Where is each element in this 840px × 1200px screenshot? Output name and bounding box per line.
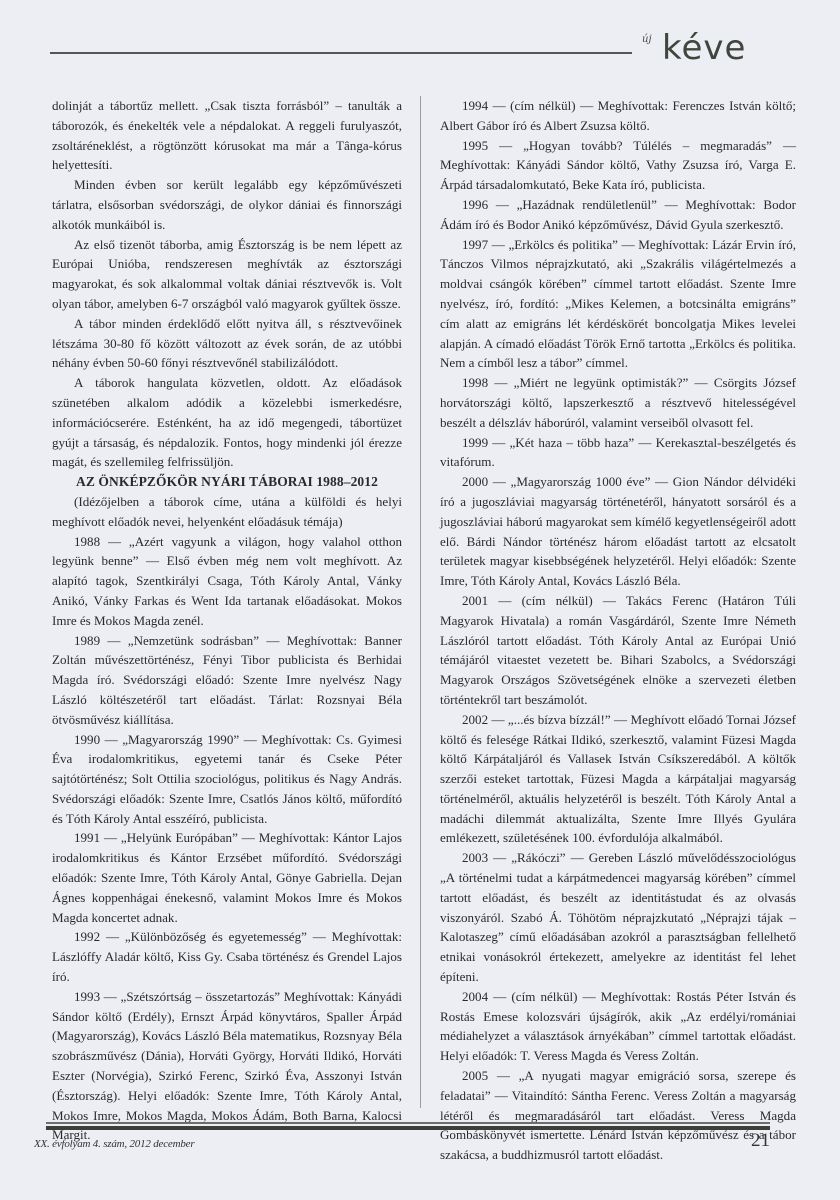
- camp-entry: 1997 — „Erkölcs és politika” — Meghívott…: [440, 235, 796, 374]
- section-title: AZ ÖNKÉPZŐKÖR NYÁRI TÁBORAI 1988–2012: [52, 472, 402, 492]
- paragraph: A tábor minden érdeklődő előtt nyitva ál…: [52, 314, 402, 373]
- column-divider: [420, 96, 421, 1108]
- camp-entry: 1989 — „Nemzetünk sodrásban” — Meghívott…: [52, 631, 402, 730]
- page-number: 21: [736, 1130, 770, 1152]
- camp-entry: 2003 — „Rákóczi” — Gereben László művelő…: [440, 848, 796, 987]
- camp-entry: 1996 — „Hazádnak rendületlenül” — Meghív…: [440, 195, 796, 235]
- camp-entry: 1995 — „Hogyan tovább? Túlélés – megmara…: [440, 136, 796, 195]
- camp-entry: 2001 — (cím nélkül) — Takács Ferenc (Hat…: [440, 591, 796, 710]
- right-column: 1994 — (cím nélkül) — Meghívottak: Feren…: [440, 96, 796, 1165]
- footer-rule: [46, 1122, 770, 1124]
- camp-entry: 1991 — „Helyünk Európában” — Meghívottak…: [52, 828, 402, 927]
- left-column: dolinját a tábortűz mellett. „Csak tiszt…: [52, 96, 402, 1145]
- camp-entry: 1994 — (cím nélkül) — Meghívottak: Feren…: [440, 96, 796, 136]
- camp-entry: 2002 — „...és bízva bízzál!” — Meghívott…: [440, 710, 796, 849]
- issue-info: XX. évfolyam 4. szám, 2012 december: [34, 1138, 194, 1150]
- camp-entry: 1998 — „Miért ne legyünk optimisták?” — …: [440, 373, 796, 432]
- paragraph: Az első tizenöt táborba, amig Észtország…: [52, 235, 402, 314]
- camp-entry: 1992 — „Különbözőség és egyetemesség” — …: [52, 927, 402, 986]
- logo-title: kéve: [662, 28, 746, 68]
- section-intro: (Idézőjelben a táborok címe, utána a kül…: [52, 492, 402, 532]
- footer-rule-thick: [46, 1126, 770, 1130]
- camp-entry: 1988 — „Azért vagyunk a világon, hogy va…: [52, 532, 402, 631]
- paragraph: Minden évben sor került legalább egy kép…: [52, 175, 402, 234]
- camp-entry: 1999 — „Két haza – több haza” — Kerekasz…: [440, 433, 796, 473]
- logo-prefix: új: [642, 34, 652, 45]
- header-rule: [50, 52, 632, 54]
- paragraph: dolinját a tábortűz mellett. „Csak tiszt…: [52, 96, 402, 175]
- paragraph: A táborok hangulata közvetlen, oldott. A…: [52, 373, 402, 472]
- journal-logo: új kéve: [636, 28, 806, 78]
- camp-entry: 1990 — „Magyarország 1990” — Meghívottak…: [52, 730, 402, 829]
- camp-entry: 2000 — „Magyarország 1000 éve” — Gion Ná…: [440, 472, 796, 591]
- camp-entry: 2004 — (cím nélkül) — Meghívottak: Rostá…: [440, 987, 796, 1066]
